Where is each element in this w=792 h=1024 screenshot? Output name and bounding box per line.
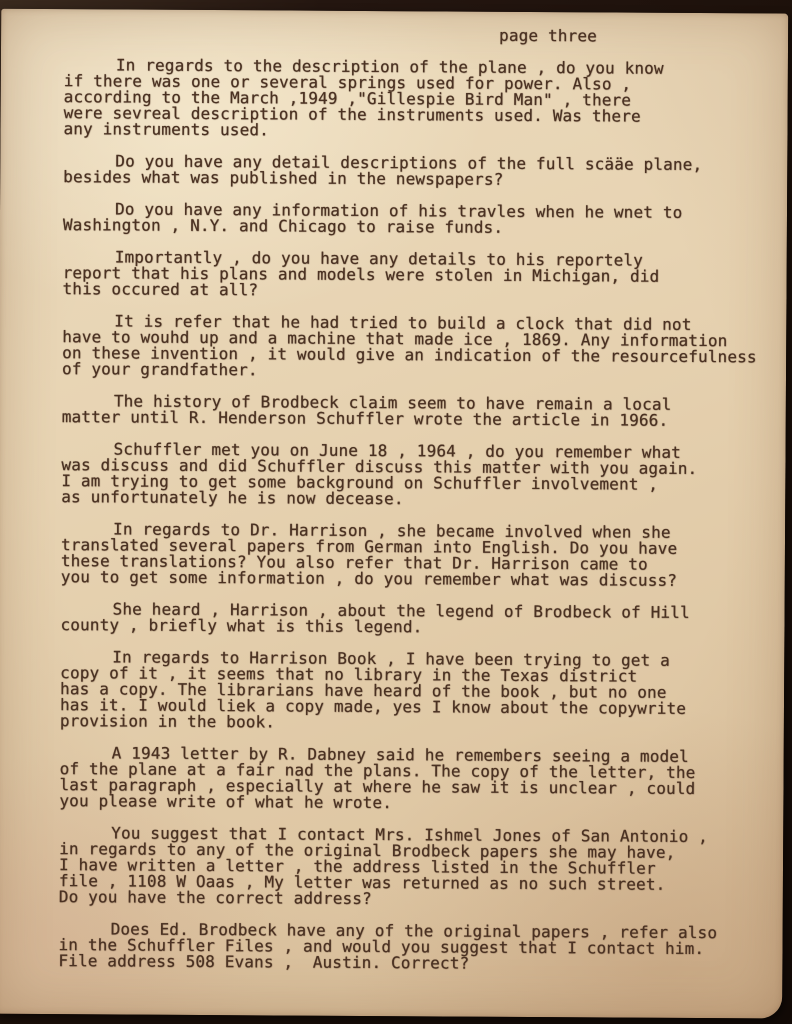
letter-page: page three In regards to the description…: [0, 9, 788, 1019]
typed-paragraph: Importantly , do you have any details to…: [62, 249, 778, 301]
typed-paragraph: A 1943 letter by R. Dabney said he remem…: [59, 745, 775, 813]
typed-paragraph: In regards to the description of the pla…: [63, 57, 779, 141]
typed-paragraph: It is refer that he had tried to build a…: [62, 313, 778, 381]
typed-paragraph: Do you have any detail descriptions of t…: [63, 153, 779, 189]
typed-paragraph: She heard , Harrison , about the legend …: [60, 601, 776, 637]
typed-paragraph: In regards to Harrison Book , I have bee…: [60, 649, 776, 733]
typed-paragraph: You suggest that I contact Mrs. Ishmel J…: [59, 825, 775, 909]
typed-paragraph: Schuffler met you on June 18 , 1964 , do…: [61, 441, 777, 509]
page-number: page three: [64, 25, 780, 45]
typed-text-column: page three In regards to the description…: [0, 9, 788, 990]
typed-paragraph: Do you have any information of his travl…: [63, 201, 779, 237]
typed-paragraph: Does Ed. Brodbeck have any of the origin…: [58, 921, 774, 973]
photographed-letter: page three In regards to the description…: [0, 0, 792, 1024]
typed-paragraph: The history of Brodbeck claim seem to ha…: [62, 393, 778, 429]
typed-paragraph: In regards to Dr. Harrison , she became …: [61, 521, 777, 589]
